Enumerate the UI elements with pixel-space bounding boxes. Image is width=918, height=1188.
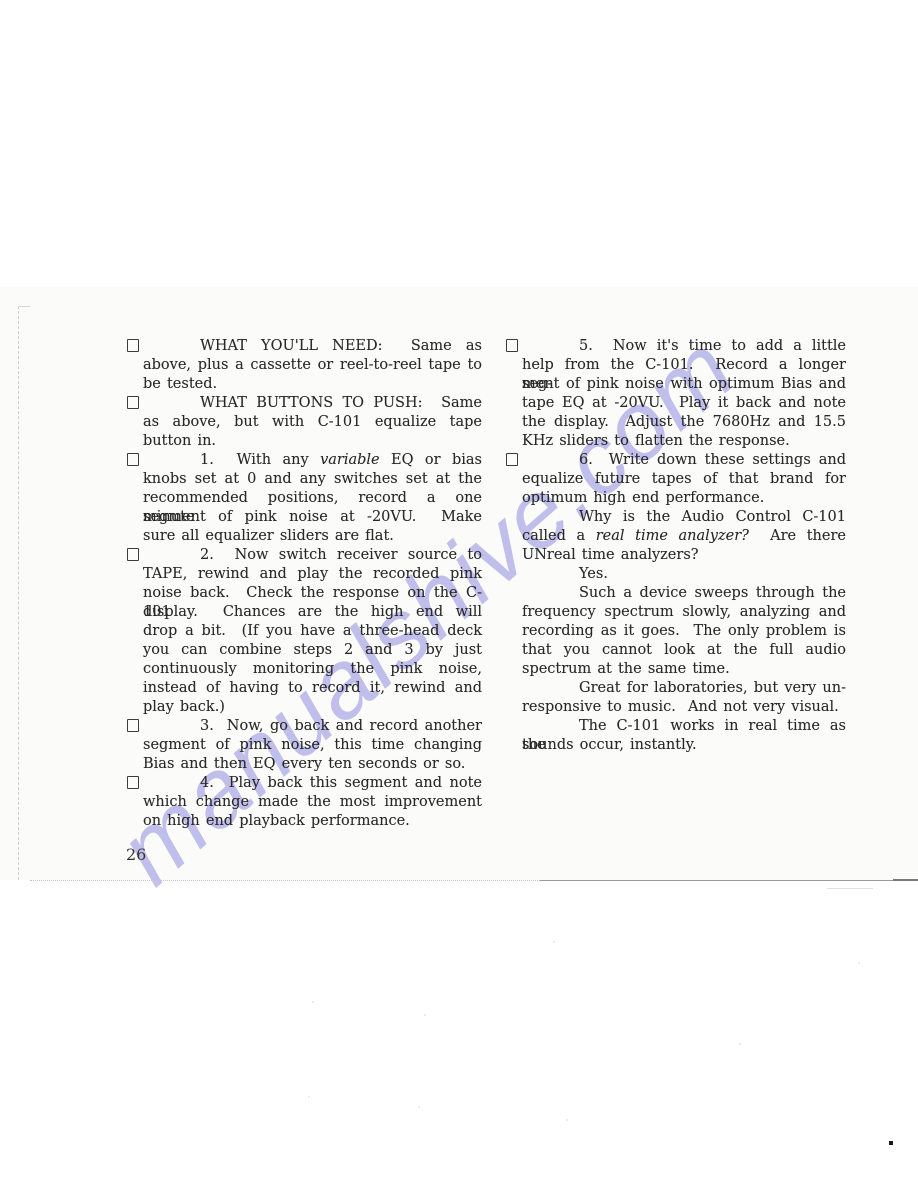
- text-line: KHz sliders to flatten the response.: [522, 432, 846, 451]
- text-line: spectrum at the same time.: [522, 660, 846, 679]
- text-line: TAPE, rewind and play the recorded pink: [143, 565, 482, 584]
- text-line-content: ment of pink noise with optimum Bias and: [522, 375, 846, 394]
- text-line-content: on high end playback performance.: [143, 812, 482, 831]
- text-line: continuously monitoring the pink noise,: [143, 660, 482, 679]
- text-line-content: 1. With any variable EQ or bias: [143, 451, 482, 470]
- text-line: drop a bit. (If you have a three-head de…: [143, 622, 482, 641]
- scan-speck: [424, 1014, 426, 1016]
- scan-speck: [858, 962, 860, 964]
- text-line: Yes.: [522, 565, 846, 584]
- text-line-content: equalize future tapes of that brand for: [522, 470, 846, 489]
- text-column-right: 5. Now it's time to add a littlehelp fro…: [522, 337, 846, 755]
- text-line-content: segment of pink noise at -20VU. Make: [143, 508, 482, 527]
- text-line-content: instead of having to record it, rewind a…: [143, 679, 482, 698]
- text-line-content: segment of pink noise, this time changin…: [143, 736, 482, 755]
- text-line: 1. With any variable EQ or bias: [143, 451, 482, 470]
- text-line: segment of pink noise at -20VU. Make: [143, 508, 482, 527]
- text-line: display. Chances are the high end will: [143, 603, 482, 622]
- checkbox-mark-icon: [127, 453, 139, 466]
- text-line: recommended positions, record a one minu…: [143, 489, 482, 508]
- text-line: instead of having to record it, rewind a…: [143, 679, 482, 698]
- text-line: be tested.: [143, 375, 482, 394]
- scan-speck: [566, 1119, 568, 1121]
- text-line: optimum high end performance.: [522, 489, 846, 508]
- text-line: help from the C-101. Record a longer seg…: [522, 356, 846, 375]
- scan-speck: [739, 1043, 741, 1045]
- text-line: 3. Now, go back and record another: [143, 717, 482, 736]
- page-bottom-edge-dotted: [30, 880, 540, 881]
- checkbox-mark-icon: [506, 339, 518, 352]
- text-line: noise back. Check the response on the C-…: [143, 584, 482, 603]
- text-line: knobs set at 0 and any switches set at t…: [143, 470, 482, 489]
- text-line: Why is the Audio Control C-101: [522, 508, 846, 527]
- text-line: on high end playback performance.: [143, 812, 482, 831]
- text-line: 4. Play back this segment and note: [143, 774, 482, 793]
- text-line-content: responsive to music. And not very visual…: [522, 698, 846, 717]
- checkbox-mark-icon: [506, 453, 518, 466]
- text-line-content: Great for laboratories, but very un-: [522, 679, 846, 698]
- text-line: Such a device sweeps through the: [522, 584, 846, 603]
- text-line: you can combine steps 2 and 3 by just: [143, 641, 482, 660]
- text-line-content: the display. Adjust the 7680Hz and 15.5: [522, 413, 846, 432]
- text-line-content: as above, but with C-101 equalize tape: [143, 413, 482, 432]
- text-line-content: 4. Play back this segment and note: [143, 774, 482, 793]
- text-line-content: Yes.: [522, 565, 846, 584]
- text-line: The C-101 works in real time as the: [522, 717, 846, 736]
- text-line-content: above, plus a cassette or reel-to-reel t…: [143, 356, 482, 375]
- checkbox-mark-icon: [127, 396, 139, 409]
- text-line-content: WHAT YOU'LL NEED: Same as: [143, 337, 482, 356]
- text-line-content: sure all equalizer sliders are flat.: [143, 527, 482, 546]
- page-bottom-edge-shadow: [827, 888, 873, 889]
- text-line-content: frequency spectrum slowly, analyzing and: [522, 603, 846, 622]
- text-line: Great for laboratories, but very un-: [522, 679, 846, 698]
- ink-dot: [889, 1141, 893, 1145]
- text-line: frequency spectrum slowly, analyzing and: [522, 603, 846, 622]
- text-line-content: you can combine steps 2 and 3 by just: [143, 641, 482, 660]
- scan-speck: [312, 1001, 314, 1003]
- text-line-content: Why is the Audio Control C-101: [522, 508, 846, 527]
- text-line-content: be tested.: [143, 375, 482, 394]
- text-line: Bias and then EQ every ten seconds or so…: [143, 755, 482, 774]
- text-line-content: Such a device sweeps through the: [522, 584, 846, 603]
- checkbox-mark-icon: [127, 776, 139, 789]
- text-line-content: TAPE, rewind and play the recorded pink: [143, 565, 482, 584]
- checkbox-mark-icon: [127, 339, 139, 352]
- page-edge-line-top: [18, 306, 30, 307]
- text-line: segment of pink noise, this time changin…: [143, 736, 482, 755]
- text-line-content: WHAT BUTTONS TO PUSH: Same: [143, 394, 482, 413]
- text-line-content: spectrum at the same time.: [522, 660, 846, 679]
- text-line: that you cannot look at the full audio: [522, 641, 846, 660]
- text-line: tape EQ at -20VU. Play it back and note: [522, 394, 846, 413]
- text-line-content: continuously monitoring the pink noise,: [143, 660, 482, 679]
- text-line: above, plus a cassette or reel-to-reel t…: [143, 356, 482, 375]
- text-line-content: UNreal time analyzers?: [522, 546, 846, 565]
- text-line: ment of pink noise with optimum Bias and: [522, 375, 846, 394]
- text-line: UNreal time analyzers?: [522, 546, 846, 565]
- text-line-content: 5. Now it's time to add a little: [522, 337, 846, 356]
- text-line: button in.: [143, 432, 482, 451]
- text-line-content: 6. Write down these settings and: [522, 451, 846, 470]
- text-line-content: button in.: [143, 432, 482, 451]
- checkbox-mark-icon: [127, 548, 139, 561]
- text-line-content: display. Chances are the high end will: [143, 603, 482, 622]
- text-line: sure all equalizer sliders are flat.: [143, 527, 482, 546]
- text-line-content: 2. Now switch receiver source to: [143, 546, 482, 565]
- text-line-content: optimum high end performance.: [522, 489, 846, 508]
- text-line: WHAT YOU'LL NEED: Same as: [143, 337, 482, 356]
- text-line: 5. Now it's time to add a little: [522, 337, 846, 356]
- text-line-content: play back.): [143, 698, 482, 717]
- text-line: as above, but with C-101 equalize tape: [143, 413, 482, 432]
- text-line: the display. Adjust the 7680Hz and 15.5: [522, 413, 846, 432]
- page-number: 26: [126, 845, 146, 864]
- text-line: responsive to music. And not very visual…: [522, 698, 846, 717]
- text-line: WHAT BUTTONS TO PUSH: Same: [143, 394, 482, 413]
- text-line: 2. Now switch receiver source to: [143, 546, 482, 565]
- text-line-content: drop a bit. (If you have a three-head de…: [143, 622, 482, 641]
- scan-speck: [308, 1096, 310, 1098]
- text-line-content: KHz sliders to flatten the response.: [522, 432, 846, 451]
- text-line: play back.): [143, 698, 482, 717]
- text-line: equalize future tapes of that brand for: [522, 470, 846, 489]
- text-line: recording as it goes. The only problem i…: [522, 622, 846, 641]
- text-line: sounds occur, instantly.: [522, 736, 846, 755]
- text-line-content: sounds occur, instantly.: [522, 736, 846, 755]
- scan-speck: [553, 941, 555, 943]
- text-column-left: WHAT YOU'LL NEED: Same asabove, plus a c…: [143, 337, 482, 831]
- page-bottom-edge-dark: [893, 879, 918, 881]
- text-line-content: 3. Now, go back and record another: [143, 717, 482, 736]
- text-line: 6. Write down these settings and: [522, 451, 846, 470]
- page-bottom-edge-solid: [540, 880, 918, 881]
- text-line-content: recording as it goes. The only problem i…: [522, 622, 846, 641]
- text-line: which change made the most improvement: [143, 793, 482, 812]
- page-edge-line: [18, 306, 19, 880]
- text-line-content: Bias and then EQ every ten seconds or so…: [143, 755, 482, 774]
- text-line-content: which change made the most improvement: [143, 793, 482, 812]
- checkbox-mark-icon: [127, 719, 139, 732]
- text-line-content: knobs set at 0 and any switches set at t…: [143, 470, 482, 489]
- text-line: called a real time analyzer? Are there: [522, 527, 846, 546]
- scan-speck: [418, 1106, 420, 1108]
- text-line-content: tape EQ at -20VU. Play it back and note: [522, 394, 846, 413]
- text-line-content: called a real time analyzer? Are there: [522, 527, 846, 546]
- text-line-content: that you cannot look at the full audio: [522, 641, 846, 660]
